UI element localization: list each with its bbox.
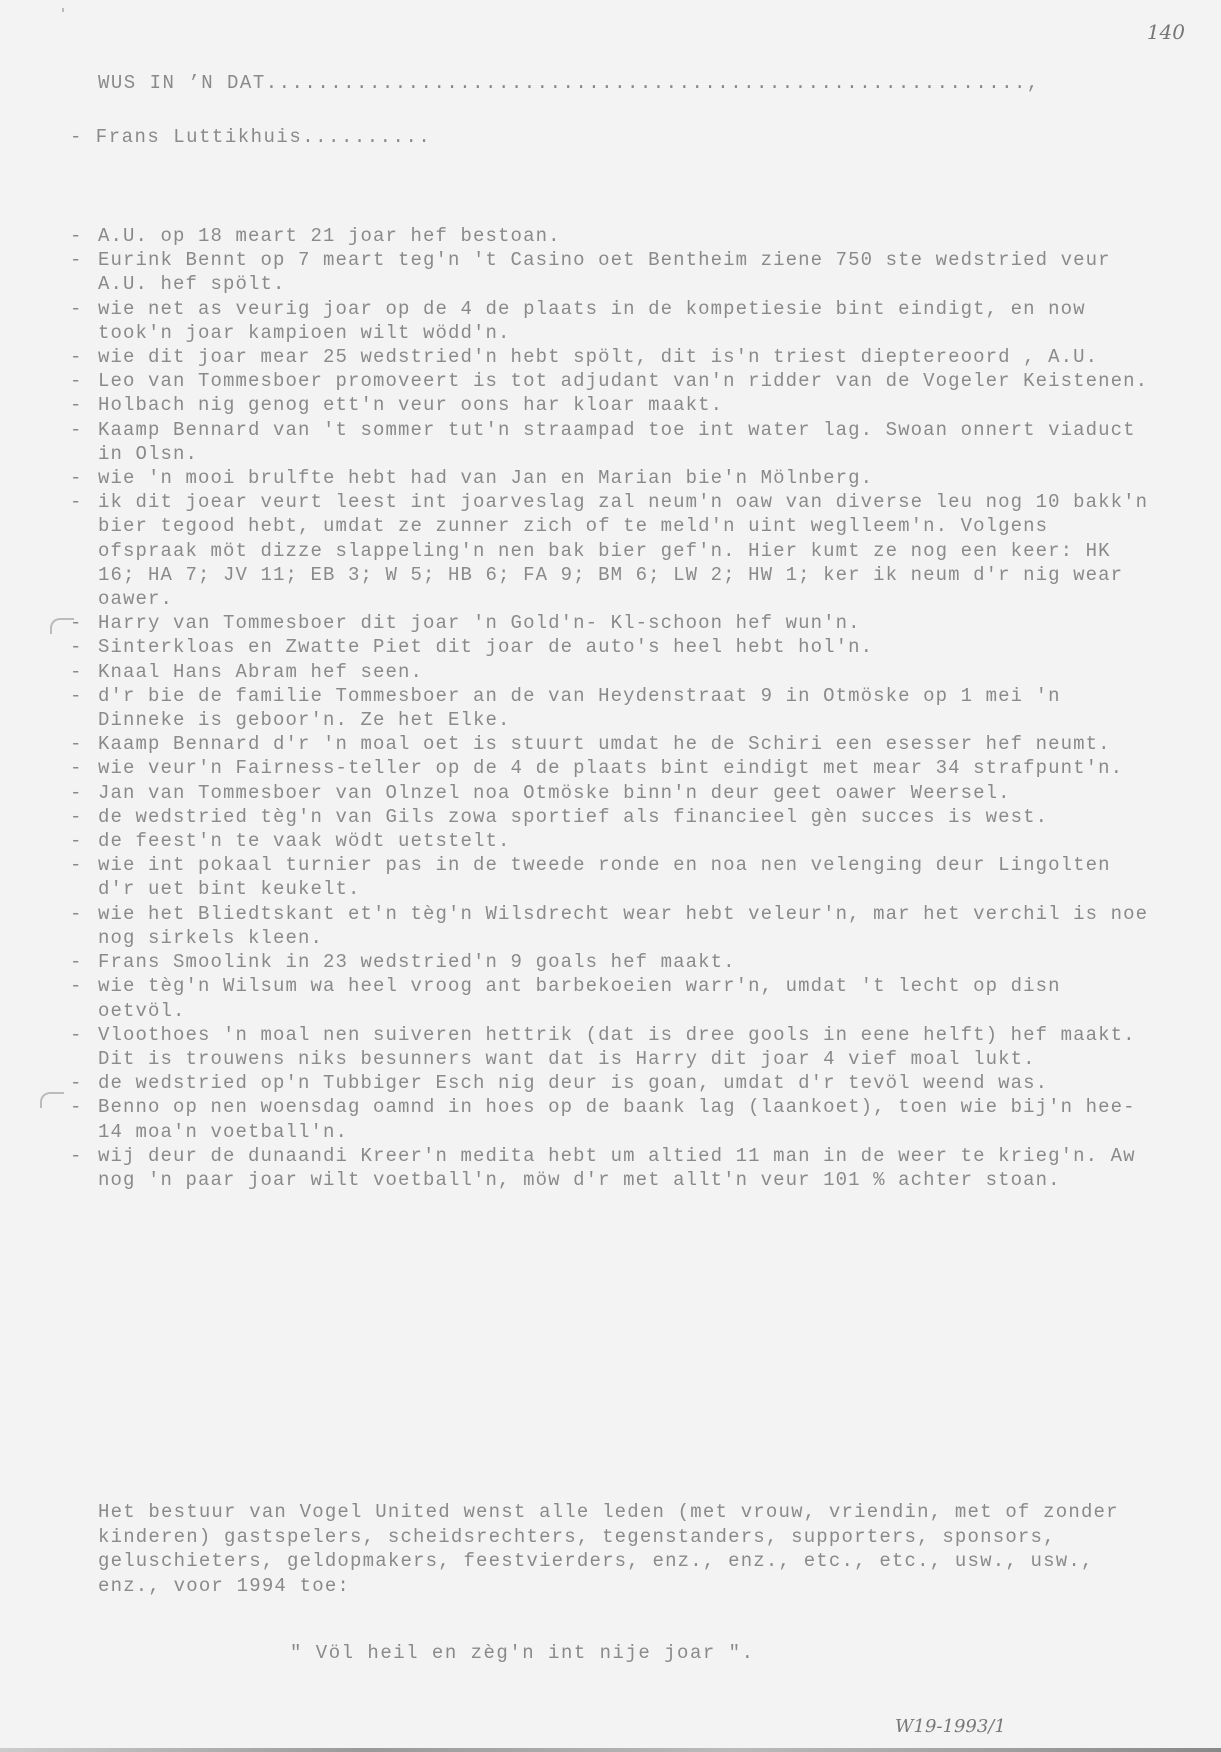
greeting-paragraph: Het bestuur van Vogel United wenst alle … <box>98 1500 1158 1598</box>
list-item: -Benno op nen woensdag oamnd in hoes op … <box>70 1095 1150 1143</box>
list-item-text: wie veur'n Fairness-teller op de 4 de pl… <box>98 756 1150 780</box>
bullet-dash: - <box>70 418 98 466</box>
list-item: -wie net as veurig joar op de 4 de plaat… <box>70 297 1150 345</box>
list-item-text: Harry van Tommesboer dit joar 'n Gold'n-… <box>98 611 1150 635</box>
bullet-dash: - <box>70 756 98 780</box>
bullet-dash: - <box>70 297 98 345</box>
list-item: -Frans Smoolink in 23 wedstried'n 9 goal… <box>70 950 1150 974</box>
list-item: -wie het Bliedtskant et'n tèg'n Wilsdrec… <box>70 902 1150 950</box>
list-item: -d'r bie de familie Tommesboer an de van… <box>70 684 1150 732</box>
list-item: -Knaal Hans Abram hef seen. <box>70 660 1150 684</box>
list-item: -Leo van Tommesboer promoveert is tot ad… <box>70 369 1150 393</box>
corner-mark <box>62 8 64 12</box>
closing-wish: " Völ heil en zèg'n int nije joar ". <box>290 1642 754 1664</box>
list-item: -wie veur'n Fairness-teller op de 4 de p… <box>70 756 1150 780</box>
margin-bracket-mark <box>40 1092 64 1108</box>
list-item: -Kaamp Bennard d'r 'n moal oet is stuurt… <box>70 732 1150 756</box>
list-item-text: Holbach nig genog ett'n veur oons har kl… <box>98 393 1150 417</box>
bullet-dash: - <box>70 490 98 611</box>
list-item: -wie int pokaal turnier pas in de tweede… <box>70 853 1150 901</box>
list-item-text: Vloothoes 'n moal nen suiveren hettrik (… <box>98 1023 1150 1071</box>
list-item: -Jan van Tommesboer van Olnzel noa Otmös… <box>70 781 1150 805</box>
list-item-text: de wedstried tèg'n van Gils zowa sportie… <box>98 805 1150 829</box>
list-item: -wij deur de dunaandi Kreer'n medita heb… <box>70 1144 1150 1192</box>
bullet-dash: - <box>70 853 98 901</box>
bullet-dash: - <box>70 829 98 853</box>
page-bottom-edge <box>0 1748 1221 1752</box>
list-item: -Kaamp Bennard van 't sommer tut'n straa… <box>70 418 1150 466</box>
list-item-text: Eurink Bennt op 7 meart teg'n 't Casino … <box>98 248 1150 296</box>
list-item: -de wedstried tèg'n van Gils zowa sporti… <box>70 805 1150 829</box>
list-item-text: wie 'n mooi brulfte hebt had van Jan en … <box>98 466 1150 490</box>
list-item-text: wie tèg'n Wilsum wa heel vroog ant barbe… <box>98 974 1150 1022</box>
bullet-dash: - <box>70 974 98 1022</box>
list-item: -de wedstried op'n Tubbiger Esch nig deu… <box>70 1071 1150 1095</box>
news-item-list: -A.U. op 18 meart 21 joar hef bestoan.-E… <box>70 224 1150 1192</box>
bullet-dash: - <box>70 660 98 684</box>
list-item-text: Sinterkloas en Zwatte Piet dit joar de a… <box>98 635 1150 659</box>
bullet-dash: - <box>70 393 98 417</box>
list-item-text: Frans Smoolink in 23 wedstried'n 9 goals… <box>98 950 1150 974</box>
bullet-dash: - <box>70 635 98 659</box>
list-item: -Vloothoes 'n moal nen suiveren hettrik … <box>70 1023 1150 1071</box>
bullet-dash: - <box>70 950 98 974</box>
list-item-text: wie int pokaal turnier pas in de tweede … <box>98 853 1150 901</box>
list-item: -ik dit joear veurt leest int joarveslag… <box>70 490 1150 611</box>
archive-code: W19-1993/1 <box>895 1716 1006 1737</box>
list-item-text: Jan van Tommesboer van Olnzel noa Otmösk… <box>98 781 1150 805</box>
list-item: -A.U. op 18 meart 21 joar hef bestoan. <box>70 224 1150 248</box>
bullet-dash: - <box>70 248 98 296</box>
document-author-line: - Frans Luttikhuis.......... <box>70 126 431 148</box>
list-item: -wie dit joar mear 25 wedstried'n hebt s… <box>70 345 1150 369</box>
bullet-dash: - <box>70 1095 98 1143</box>
list-item: -Harry van Tommesboer dit joar 'n Gold'n… <box>70 611 1150 635</box>
list-item-text: de feest'n te vaak wödt uetstelt. <box>98 829 1150 853</box>
list-item-text: Benno op nen woensdag oamnd in hoes op d… <box>98 1095 1150 1143</box>
list-item-text: ik dit joear veurt leest int joarveslag … <box>98 490 1150 611</box>
list-item-text: wie net as veurig joar op de 4 de plaats… <box>98 297 1150 345</box>
list-item-text: wie dit joar mear 25 wedstried'n hebt sp… <box>98 345 1150 369</box>
bullet-dash: - <box>70 1144 98 1192</box>
bullet-dash: - <box>70 345 98 369</box>
margin-bracket-mark <box>50 618 74 634</box>
list-item: -Holbach nig genog ett'n veur oons har k… <box>70 393 1150 417</box>
bullet-dash: - <box>70 684 98 732</box>
bullet-dash: - <box>70 1023 98 1071</box>
list-item-text: Kaamp Bennard d'r 'n moal oet is stuurt … <box>98 732 1150 756</box>
list-item-text: de wedstried op'n Tubbiger Esch nig deur… <box>98 1071 1150 1095</box>
bullet-dash: - <box>70 466 98 490</box>
list-item-text: Leo van Tommesboer promoveert is tot adj… <box>98 369 1150 393</box>
list-item-text: wie het Bliedtskant et'n tèg'n Wilsdrech… <box>98 902 1150 950</box>
list-item-text: wij deur de dunaandi Kreer'n medita hebt… <box>98 1144 1150 1192</box>
list-item-text: d'r bie de familie Tommesboer an de van … <box>98 684 1150 732</box>
document-heading: WUS IN ’N DAT...........................… <box>98 72 1040 94</box>
bullet-dash: - <box>70 732 98 756</box>
bullet-dash: - <box>70 1071 98 1095</box>
list-item: -wie tèg'n Wilsum wa heel vroog ant barb… <box>70 974 1150 1022</box>
list-item-text: Knaal Hans Abram hef seen. <box>98 660 1150 684</box>
list-item: -Eurink Bennt op 7 meart teg'n 't Casino… <box>70 248 1150 296</box>
bullet-dash: - <box>70 781 98 805</box>
list-item: -Sinterkloas en Zwatte Piet dit joar de … <box>70 635 1150 659</box>
bullet-dash: - <box>70 611 98 635</box>
bullet-dash: - <box>70 369 98 393</box>
list-item: -wie 'n mooi brulfte hebt had van Jan en… <box>70 466 1150 490</box>
list-item-text: A.U. op 18 meart 21 joar hef bestoan. <box>98 224 1150 248</box>
list-item: -de feest'n te vaak wödt uetstelt. <box>70 829 1150 853</box>
bullet-dash: - <box>70 805 98 829</box>
bullet-dash: - <box>70 902 98 950</box>
bullet-dash: - <box>70 224 98 248</box>
list-item-text: Kaamp Bennard van 't sommer tut'n straam… <box>98 418 1150 466</box>
page-number: 140 <box>1147 20 1185 44</box>
